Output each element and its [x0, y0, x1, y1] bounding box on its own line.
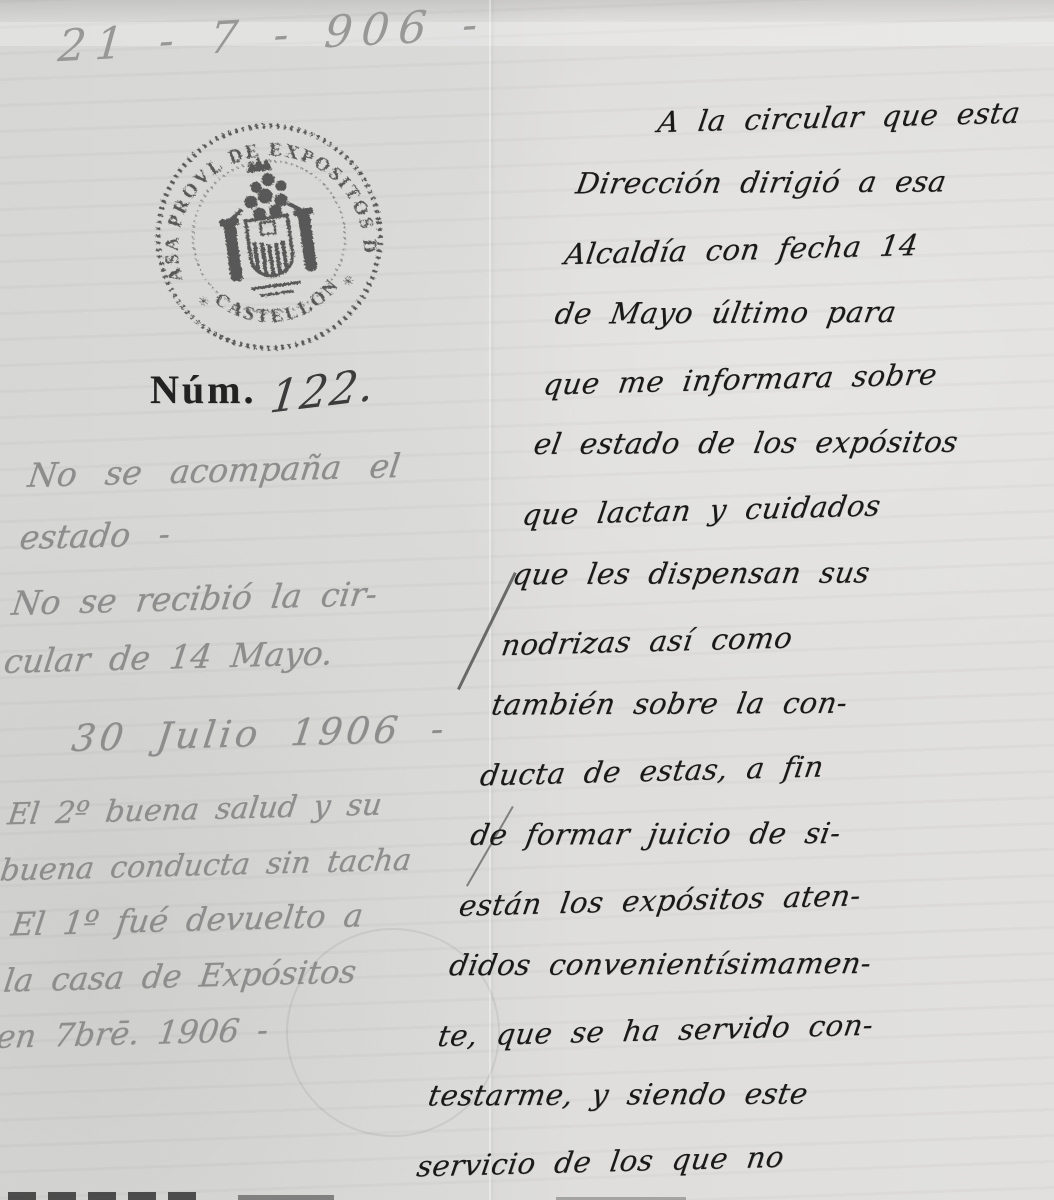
- body-line: también sobre la con-: [486, 670, 1044, 738]
- body-line: ducta de estas, a fin: [476, 729, 1035, 808]
- body-line: que les dispensan sus: [507, 539, 1054, 607]
- note-line: 30 Julio 1906 -: [69, 707, 450, 760]
- body-line: que me informara sobre: [539, 338, 1054, 417]
- body-line: nodrizas así como: [497, 599, 1054, 678]
- body-line: están los expósitos aten-: [454, 859, 1013, 938]
- margin-note-circular: No se recibió la cir- cular de 14 Mayo.: [0, 565, 380, 691]
- scanned-letter-page: 21 - 7 - 906 - CASA PROVL DE EXPOSITOS D…: [0, 0, 1054, 1200]
- note-line: No se recibió la cir-: [8, 565, 381, 633]
- seal-graphic: CASA PROVL DE EXPOSITOS DE CASTELLON ✳ ✳: [135, 103, 404, 372]
- official-seal: CASA PROVL DE EXPOSITOS DE CASTELLON ✳ ✳: [135, 103, 404, 372]
- margin-note-date: 30 Julio 1906 -: [69, 707, 450, 760]
- svg-text:CASTELLON: CASTELLON: [208, 272, 348, 336]
- body-line: de formar juicio de si-: [465, 800, 1023, 868]
- seal-arc-bottom-text: CASTELLON: [208, 272, 348, 336]
- body-line: servicio de los que no: [412, 1120, 971, 1199]
- note-line: No se acompaña el: [24, 435, 404, 507]
- number-label: Núm.: [150, 366, 256, 413]
- body-line: didos convenientísimamen-: [444, 930, 1002, 998]
- body-line: Dirección dirigió a esa: [571, 148, 1054, 216]
- margin-note-estado: No se acompaña el estado -: [16, 435, 404, 569]
- note-line: en 7brē. 1906 -: [0, 999, 352, 1064]
- letter-body: A la circular que esta Dirección dirigió…: [412, 81, 1054, 1196]
- margin-note-segundo: El 2º buena salud y su buena conducta si…: [0, 776, 422, 899]
- seal-ornament-right-icon: ✳: [342, 274, 355, 290]
- note-line: El 1º fué devuelto a: [8, 887, 367, 952]
- number-value: 122.: [268, 359, 380, 424]
- bottom-edge-fragment: [8, 1192, 198, 1200]
- note-line: cular de 14 Mayo.: [0, 623, 373, 691]
- body-line: que lactan y cuidados: [518, 468, 1054, 547]
- body-line: Alcaldía con fecha 14: [560, 208, 1054, 287]
- note-line: estado -: [16, 497, 396, 569]
- body-line: de Mayo último para: [550, 279, 1054, 347]
- seal-ornament-left-icon: ✳: [197, 294, 210, 310]
- document-number-row: Núm. 122.: [150, 366, 376, 417]
- body-line: testarme, y siendo este: [423, 1061, 981, 1129]
- note-line: la casa de Expósitos: [0, 943, 359, 1008]
- body-line: te, que se ha servido con-: [433, 990, 992, 1069]
- bottom-edge-fragment: [238, 1195, 334, 1200]
- body-line: A la circular que esta: [581, 78, 1054, 157]
- margin-note-primero: El 1º fué devuelto a la casa de Expósito…: [0, 887, 367, 1065]
- body-line: el estado de los expósitos: [529, 409, 1054, 477]
